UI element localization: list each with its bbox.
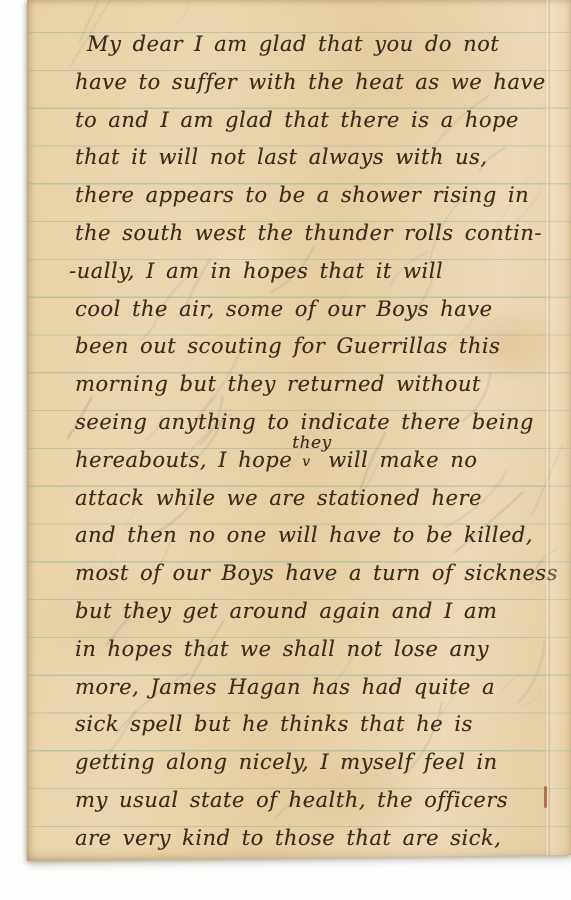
letter-line: sick spell but he thinks that he is [75,706,565,744]
letter-line: My dear I am glad that you do not [87,26,565,64]
letter-line-text-pre: hereabouts, I hope [75,448,292,472]
adjacent-page-edge [550,0,571,861]
letter-page-wrapper: My dear I am glad that you do not have t… [27,0,571,861]
letter-line: there appears to be a shower rising in [75,177,565,215]
letter-line: my usual state of health, the officers [75,782,565,820]
letter-line: cool the air, some of our Boys have [75,291,565,329]
letter-line: in hopes that we shall not lose any [75,631,565,669]
letter-line: morning but they returned without [75,366,565,404]
letter-line: that it will not last always with us, [75,139,565,177]
letter-page: My dear I am glad that you do not have t… [27,0,571,861]
letter-line: but they get around again and I am [75,593,565,631]
scanned-letter-stage: My dear I am glad that you do not have t… [0,0,571,900]
letter-line-text-post: will make no [328,448,477,472]
letter-line: attack while we are stationed here [75,480,565,518]
letter-line: have to suffer with the heat as we have [75,64,565,102]
letter-line: -ually, I am in hopes that it will [69,253,565,291]
letter-line: the south west the thunder rolls contin- [75,215,565,253]
inserted-word-above-line: theyv [292,446,328,467]
letter-line: getting along nicely, I myself feel in [75,744,565,782]
paper-edge-tear-mark [544,786,547,808]
letter-line: more, James Hagan has had quite a [75,669,565,707]
letter-line: been out scouting for Guerrillas this [75,328,565,366]
letter-body-text: My dear I am glad that you do not have t… [75,26,565,858]
letter-line: to and I am glad that there is a hope [75,102,565,140]
paper-fold-crease [545,0,550,861]
inserted-word: they [292,435,331,452]
letter-line: most of our Boys have a turn of sickness [75,555,565,593]
letter-line: and then no one will have to be killed, [75,517,565,555]
letter-line: are very kind to those that are sick, [75,820,565,858]
letter-line-with-insertion: hereabouts, I hopetheyvwill make no [75,442,565,480]
insertion-caret-mark: v [302,455,310,469]
